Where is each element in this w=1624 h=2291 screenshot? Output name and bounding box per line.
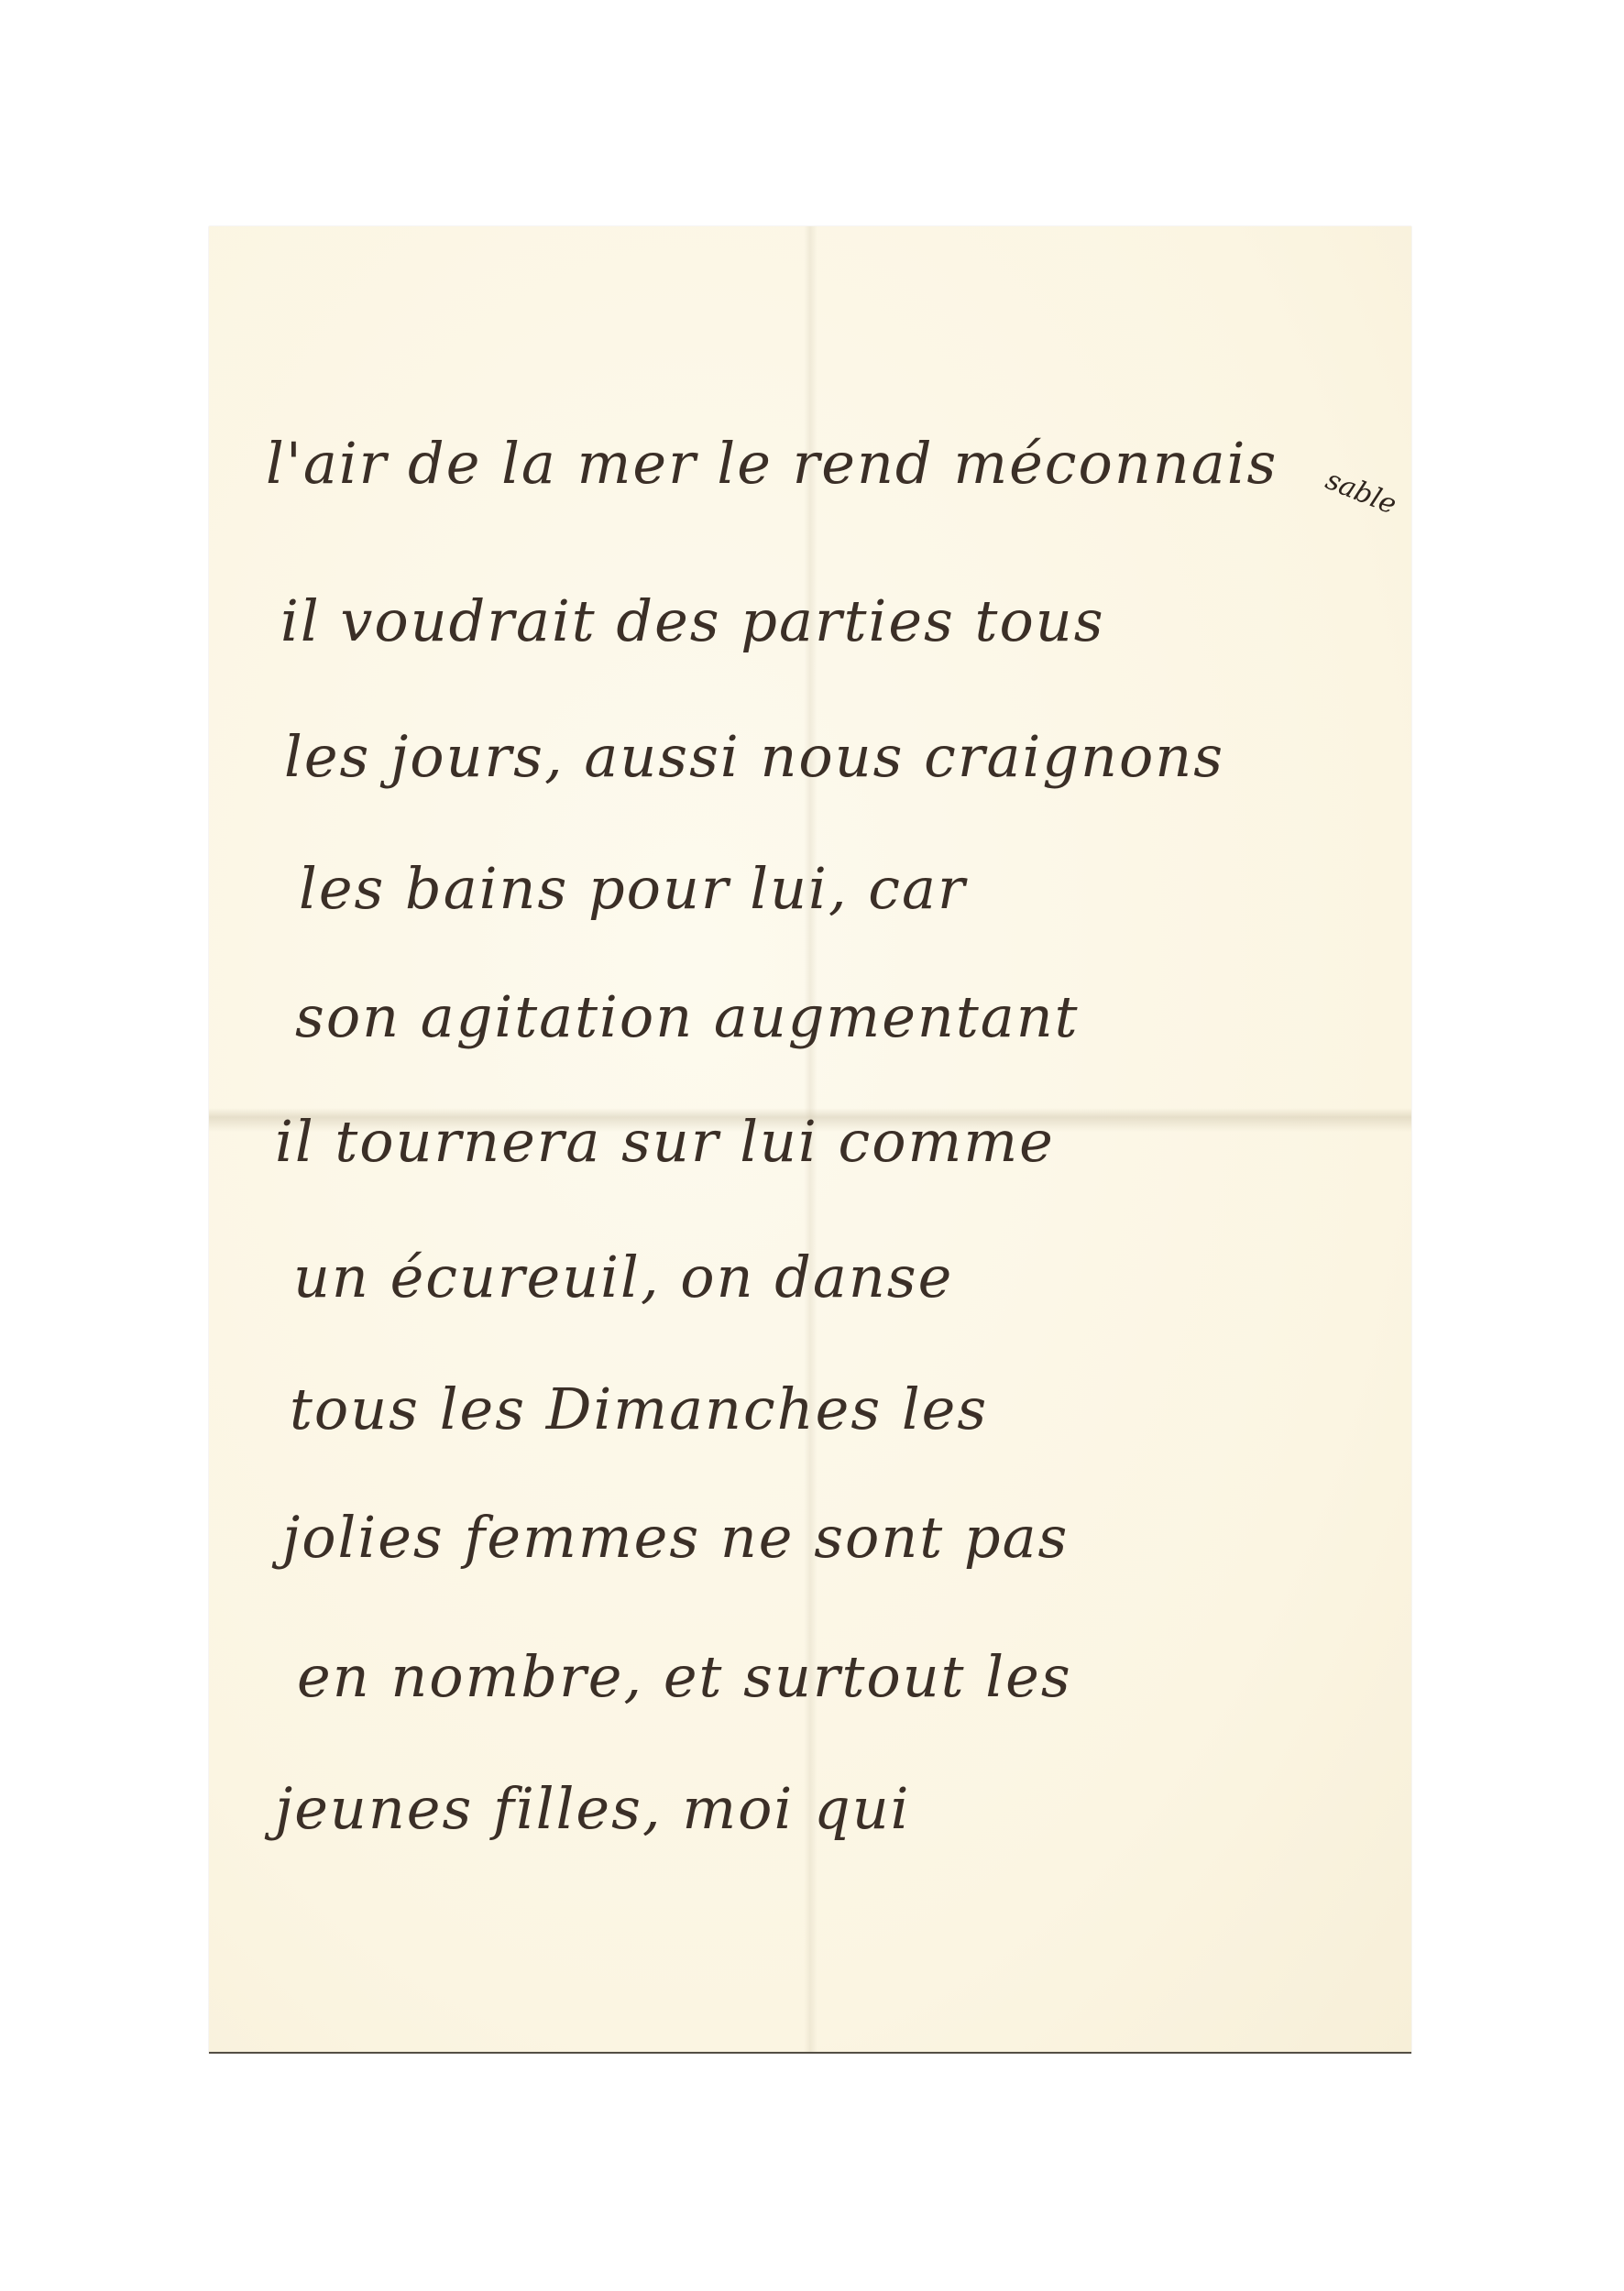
line-text: l'air de la mer le rend méconnais (266, 435, 1278, 492)
handwritten-line-3: les jours, aussi nous craignons (209, 729, 1487, 785)
handwritten-line-10: en nombre, et surtout les (209, 1649, 1499, 1705)
handwritten-line-7: un écureuil, on danse (209, 1249, 1496, 1306)
handwritten-line-11: jeunes filles, moi qui (209, 1781, 1477, 1837)
handwritten-line-5: son agitation augmentant (209, 989, 1498, 1046)
handwritten-line-8: tous les Dimanches les (209, 1381, 1492, 1438)
handwritten-line-6: il tournera sur lui comme (209, 1113, 1477, 1170)
handwritten-line-9: jolies femmes ne sont pas (209, 1509, 1485, 1566)
handwritten-line-4: les bains pour lui, car (209, 860, 1501, 917)
handwritten-line-2: il voudrait des parties tous (209, 593, 1483, 650)
letter-page: l'air de la mer le rend méconnais sable … (209, 226, 1411, 2054)
handwritten-line-1: l'air de la mer le rend méconnais (209, 435, 1468, 492)
